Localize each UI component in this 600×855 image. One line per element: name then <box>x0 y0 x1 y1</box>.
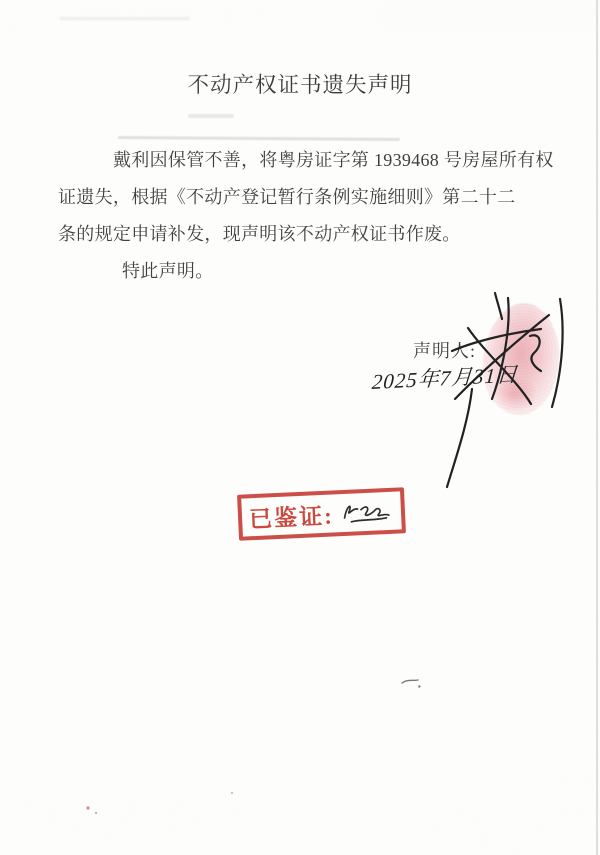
body-text-line: 证遗失，根据《不动产登记暂行条例实施细则》第二十二 <box>58 188 516 208</box>
closing-statement: 特此声明。 <box>122 262 214 282</box>
verifier-signature-scrawl <box>335 492 402 531</box>
document-page: 不动产权证书遗失声明 戴利因保管不善，将粤房证字第 1939468 号房屋所有权… <box>0 0 600 855</box>
document-title: 不动产权证书遗失声明 <box>0 68 600 99</box>
verification-stamp-label: 已鉴证: <box>248 497 334 534</box>
body-text-line: 戴利因保管不善，将粤房证字第 1939468 号房屋所有权 <box>113 151 554 171</box>
scan-noise-texture <box>0 0 600 855</box>
scan-edge-shadow <box>596 0 598 855</box>
body-text-line: 条的规定申请补发，现声明该不动产权证书作废。 <box>58 225 461 245</box>
declarant-label: 声明人: <box>413 337 476 363</box>
scan-streak <box>118 136 400 141</box>
stray-pen-mark <box>398 674 428 692</box>
scan-streak <box>188 114 234 118</box>
scan-streak <box>60 17 190 20</box>
verification-stamp: 已鉴证: <box>237 487 406 541</box>
